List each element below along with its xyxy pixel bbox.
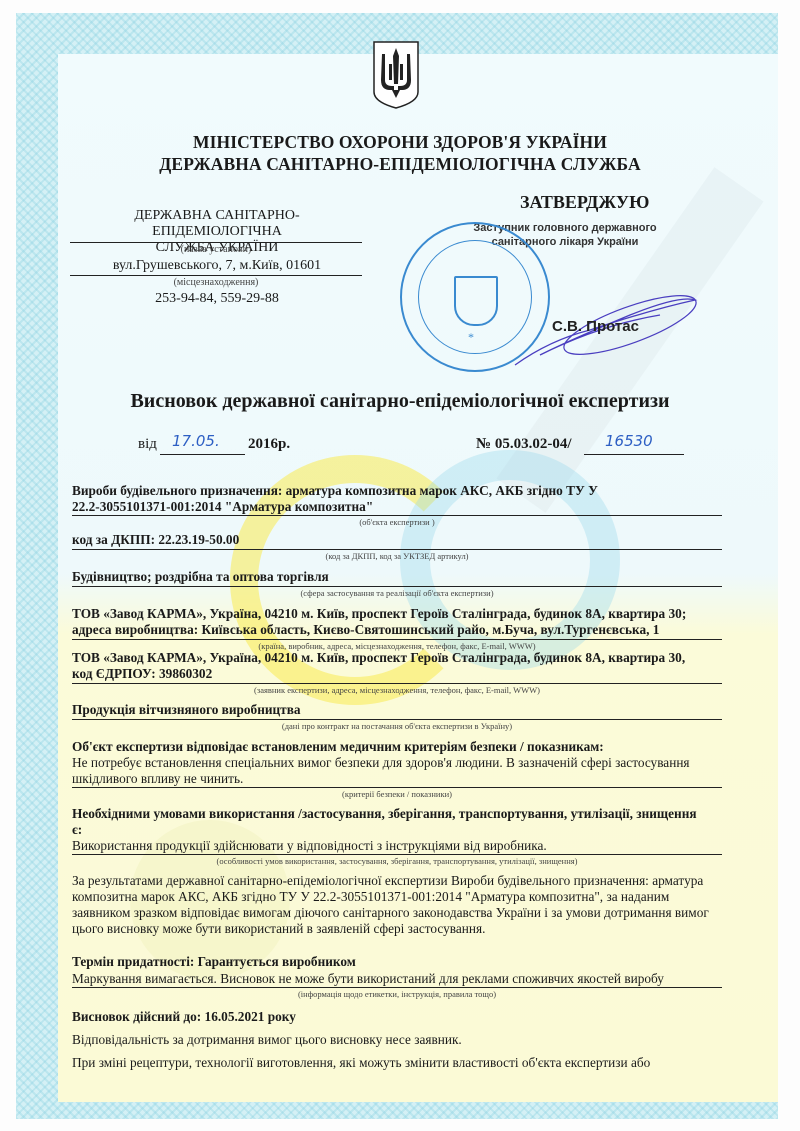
institution-name-line1: ДЕРЖАВНА САНІТАРНО-ЕПІДЕМІОЛОГІЧНА <box>72 208 362 240</box>
divider <box>72 683 722 684</box>
caption-criteria: (критерії безпеки / показники) <box>72 789 722 799</box>
caption-institution: (назва установи) <box>70 244 362 255</box>
number-underline <box>584 454 684 455</box>
approval-heading: ЗАТВЕРДЖУЮ <box>520 192 649 213</box>
divider <box>72 987 722 988</box>
divider <box>72 639 722 640</box>
date-year: 2016р. <box>248 436 290 453</box>
divider <box>72 787 722 788</box>
applicant-line2: код ЄДРПОУ: 39860302 <box>72 666 722 682</box>
manufacturer-line1: ТОВ «Завод КАРМА», Україна, 04210 м. Киї… <box>72 606 722 622</box>
conclusion-line2: композитна марок АКС, АКБ згідно ТУ У 22… <box>72 889 722 905</box>
caption-contract: (дані про контракт на постачання об'єкта… <box>72 721 722 731</box>
divider <box>72 854 722 855</box>
coat-of-arms-trident-icon <box>372 40 420 110</box>
responsibility: Відповідальність за дотримання вимог цьо… <box>72 1032 722 1048</box>
document-number-prefix: № 05.03.02-04/ <box>476 436 572 453</box>
shelf-life: Термін придатності: Гарантується виробни… <box>72 954 722 970</box>
service-heading: ДЕРЖАВНА САНІТАРНО-ЕПІДЕМІОЛОГІЧНА СЛУЖБ… <box>0 154 800 175</box>
caption-location: (місцезнаходження) <box>70 277 362 288</box>
applicant-line1: ТОВ «Завод КАРМА», Україна, 04210 м. Киї… <box>72 650 722 666</box>
date-prefix: від <box>138 436 157 453</box>
signer-name: С.В. Протас <box>552 318 639 335</box>
valid-until: Висновок дійсний до: 16.05.2021 року <box>72 1009 722 1025</box>
caption-labeling: (інформація щодо етикетки, інструкція, п… <box>72 989 722 999</box>
contract: Продукція вітчизняного виробництва <box>72 702 722 718</box>
stamp-star-icon: * <box>468 330 474 345</box>
institution-address: вул.Грушевського, 7, м.Київ, 01601 <box>72 258 362 274</box>
conditions-heading-line2: є: <box>72 822 722 838</box>
document-number-handwritten: 16530 <box>605 432 653 450</box>
criteria-heading: Об'єкт експертизи відповідає встановлени… <box>72 739 722 755</box>
criteria-line1: Не потребує встановлення спеціальних вим… <box>72 755 722 771</box>
ministry-heading: МІНІСТЕРСТВО ОХОРОНИ ЗДОРОВ'Я УКРАЇНИ <box>0 132 800 153</box>
object-line1: Вироби будівельного призначення: арматур… <box>72 483 722 499</box>
date-underline <box>160 454 245 455</box>
change-note: При зміні рецептури, технології виготовл… <box>72 1055 722 1071</box>
divider <box>72 515 722 516</box>
stamp-trident-icon <box>454 276 498 326</box>
object-line2: 22.2-3055101371-001:2014 "Арматура компо… <box>72 499 722 515</box>
product-code: код за ДКПП: 22.23.19-50.00 <box>72 532 722 548</box>
caption-conditions: (особливості умов використання, застосув… <box>72 856 722 866</box>
manufacturer-line2: адреса виробництва: Київська область, Ки… <box>72 622 722 638</box>
caption-object: (об'єкта експертизи ) <box>72 517 722 527</box>
conclusion-line3: заявником зразком відповідає вимогам дію… <box>72 905 722 921</box>
conclusion-line4: цього висновку може бути використаний в … <box>72 921 722 937</box>
conditions-heading-line1: Необхідними умовами використання /застос… <box>72 806 722 822</box>
scope: Будівництво; роздрібна та оптова торгівл… <box>72 569 722 585</box>
document-title: Висновок державної санітарно-епідеміолог… <box>0 390 800 413</box>
caption-code: (код за ДКПП, код за УКТЗЕД артикул) <box>72 551 722 561</box>
labeling: Маркування вимагається. Висновок не може… <box>72 971 722 987</box>
date-handwritten: 17.05. <box>172 432 220 450</box>
institution-phones: 253-94-84, 559-29-88 <box>72 291 362 307</box>
divider <box>72 586 722 587</box>
caption-scope: (сфера застосування та реалізації об'єкт… <box>72 588 722 598</box>
divider <box>70 275 362 276</box>
conclusion-line1: За результатами державної санітарно-епід… <box>72 873 722 889</box>
caption-applicant: (заявник експертизи, адреса, місцезнаход… <box>72 685 722 695</box>
criteria-line2: шкідливого впливу не чинить. <box>72 771 722 787</box>
divider <box>72 549 722 550</box>
conditions-text: Використання продукції здійснювати у від… <box>72 838 722 854</box>
divider <box>70 242 362 243</box>
divider <box>72 719 722 720</box>
